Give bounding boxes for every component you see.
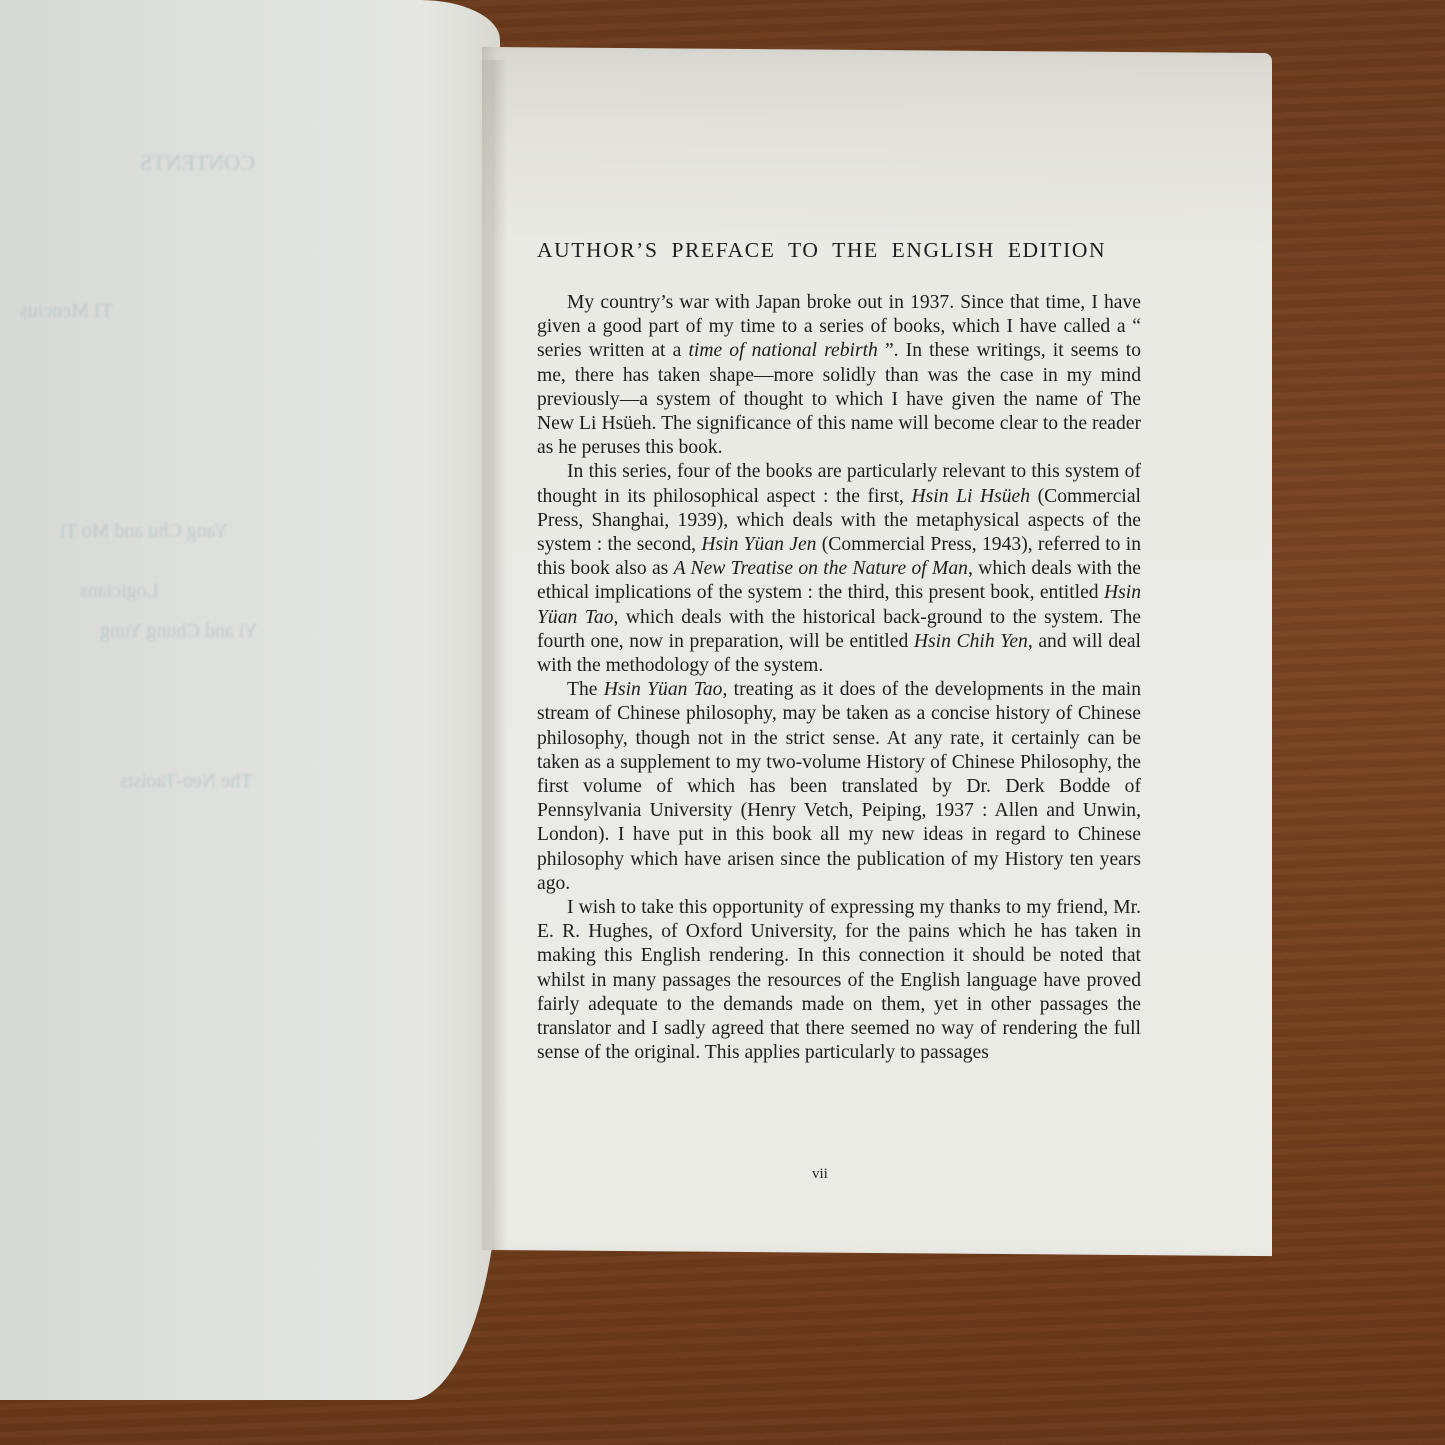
left-page: CONTENTS TI Mencius Yang Chu and Mo Ti L… [0,0,500,1400]
italic-title: Hsin Yüan Jen [701,534,816,555]
show-through-text: Logicians [80,580,159,603]
show-through-text: Yang Chu and Mo Ti [60,520,228,543]
show-through-text: The Neo-Taoists [120,770,252,793]
text-run: The [567,679,604,700]
show-through-text: Yi and Chung Yung [100,620,258,643]
italic-title: Hsin Yüan Tao [604,679,723,700]
text-run: I wish to take this opportunity of expre… [537,897,1141,1063]
show-through-text: CONTENTS [140,150,255,176]
paragraph: In this series, four of the books are pa… [537,460,1141,678]
book-gutter [478,60,508,1250]
page-number: vii [812,1166,828,1183]
page-content: AUTHOR’S PREFACE TO THE ENGLISH EDITION … [537,238,1141,1066]
preface-heading: AUTHOR’S PREFACE TO THE ENGLISH EDITION [537,238,1141,263]
paragraph: The Hsin Yüan Tao, treating as it does o… [537,678,1141,896]
show-through-text: TI Mencius [20,300,113,323]
italic-title: time of national rebirth [688,340,877,361]
paragraph: My country’s war with Japan broke out in… [537,291,1141,460]
italic-title: A New Treatise on the Nature of Man [674,558,968,579]
paragraph: I wish to take this opportunity of expre… [537,896,1141,1065]
italic-title: Hsin Li Hsüeh [912,486,1031,507]
text-run: , treating as it does of the development… [537,679,1141,894]
italic-title: Hsin Chih Yen [914,631,1028,652]
